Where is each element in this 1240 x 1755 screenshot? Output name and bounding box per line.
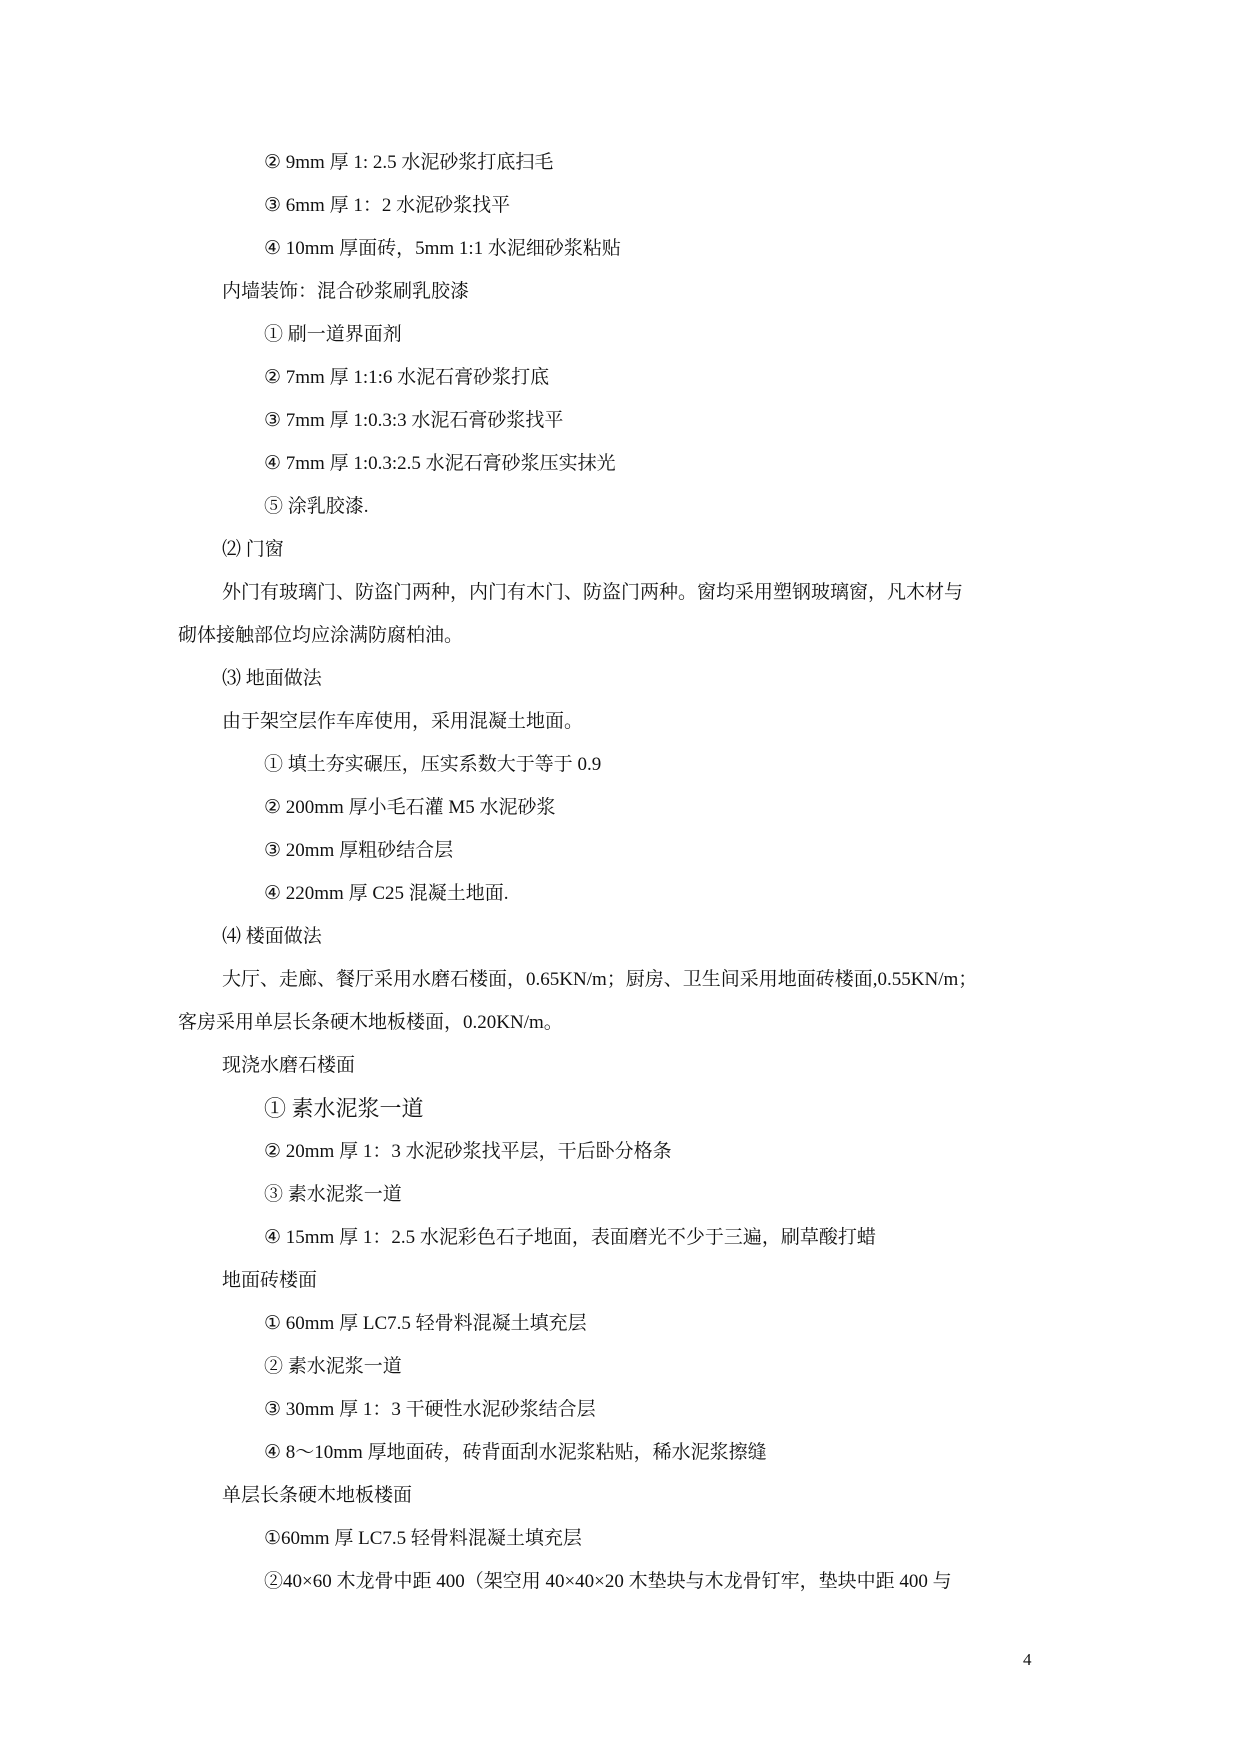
- text-line: ① 刷一道界面剂: [264, 323, 402, 347]
- text-line: ⑶ 地面做法: [222, 667, 322, 691]
- text-line: ② 20mm 厚 1：3 水泥砂浆找平层，干后卧分格条: [264, 1140, 672, 1164]
- page-number: 4: [1023, 1650, 1032, 1670]
- text-line: 大厅、走廊、餐厅采用水磨石楼面，0.65KN/m；厨房、卫生间采用地面砖楼面,0…: [222, 968, 977, 992]
- text-line: ⑷ 楼面做法: [222, 925, 322, 949]
- text-line: ④ 220mm 厚 C25 混凝土地面.: [264, 882, 509, 906]
- text-line: ③ 30mm 厚 1：3 干硬性水泥砂浆结合层: [264, 1398, 596, 1422]
- text-line: ①60mm 厚 LC7.5 轻骨料混凝土填充层: [264, 1527, 582, 1551]
- text-line: 客房采用单层长条硬木地板楼面，0.20KN/m。: [178, 1011, 563, 1035]
- text-line: 砌体接触部位均应涂满防腐柏油。: [178, 624, 463, 648]
- text-line: ② 7mm 厚 1:1:6 水泥石膏砂浆打底: [264, 366, 549, 390]
- text-line: 由于架空层作车库使用，采用混凝土地面。: [222, 710, 583, 734]
- text-line: ④ 7mm 厚 1:0.3:2.5 水泥石膏砂浆压实抹光: [264, 452, 616, 476]
- text-line: ④ 8～10mm 厚地面砖，砖背面刮水泥浆粘贴，稀水泥浆擦缝: [264, 1441, 767, 1465]
- text-line: ④ 10mm 厚面砖，5mm 1:1 水泥细砂浆粘贴: [264, 237, 621, 261]
- text-line: 单层长条硬木地板楼面: [222, 1484, 412, 1508]
- text-line: ④ 15mm 厚 1：2.5 水泥彩色石子地面，表面磨光不少于三遍，刷草酸打蜡: [264, 1226, 876, 1250]
- text-line: 内墙装饰：混合砂浆刷乳胶漆: [222, 280, 469, 304]
- text-line: ② 素水泥浆一道: [264, 1355, 402, 1379]
- text-line: ② 9mm 厚 1: 2.5 水泥砂浆打底扫毛: [264, 151, 553, 175]
- text-line: ① 60mm 厚 LC7.5 轻骨料混凝土填充层: [264, 1312, 587, 1336]
- text-line: ②40×60 木龙骨中距 400（架空用 40×40×20 木垫块与木龙骨钉牢，…: [264, 1570, 952, 1594]
- text-line: ⑤ 涂乳胶漆.: [264, 495, 369, 519]
- text-line: ① 素水泥浆一道: [264, 1097, 424, 1121]
- text-line: ③ 6mm 厚 1：2 水泥砂浆找平: [264, 194, 510, 218]
- text-line: 地面砖楼面: [222, 1269, 317, 1293]
- text-line: ⑵ 门窗: [222, 538, 284, 562]
- text-line: ③ 20mm 厚粗砂结合层: [264, 839, 453, 863]
- text-line: ② 200mm 厚小毛石灌 M5 水泥砂浆: [264, 796, 556, 820]
- text-line: 外门有玻璃门、防盗门两种，内门有木门、防盗门两种。窗均采用塑钢玻璃窗，凡木材与: [222, 581, 963, 605]
- text-line: ① 填土夯实碾压，压实系数大于等于 0.9: [264, 753, 601, 777]
- text-line: ③ 7mm 厚 1:0.3:3 水泥石膏砂浆找平: [264, 409, 563, 433]
- text-line: ③ 素水泥浆一道: [264, 1183, 402, 1207]
- text-line: 现浇水磨石楼面: [222, 1054, 355, 1078]
